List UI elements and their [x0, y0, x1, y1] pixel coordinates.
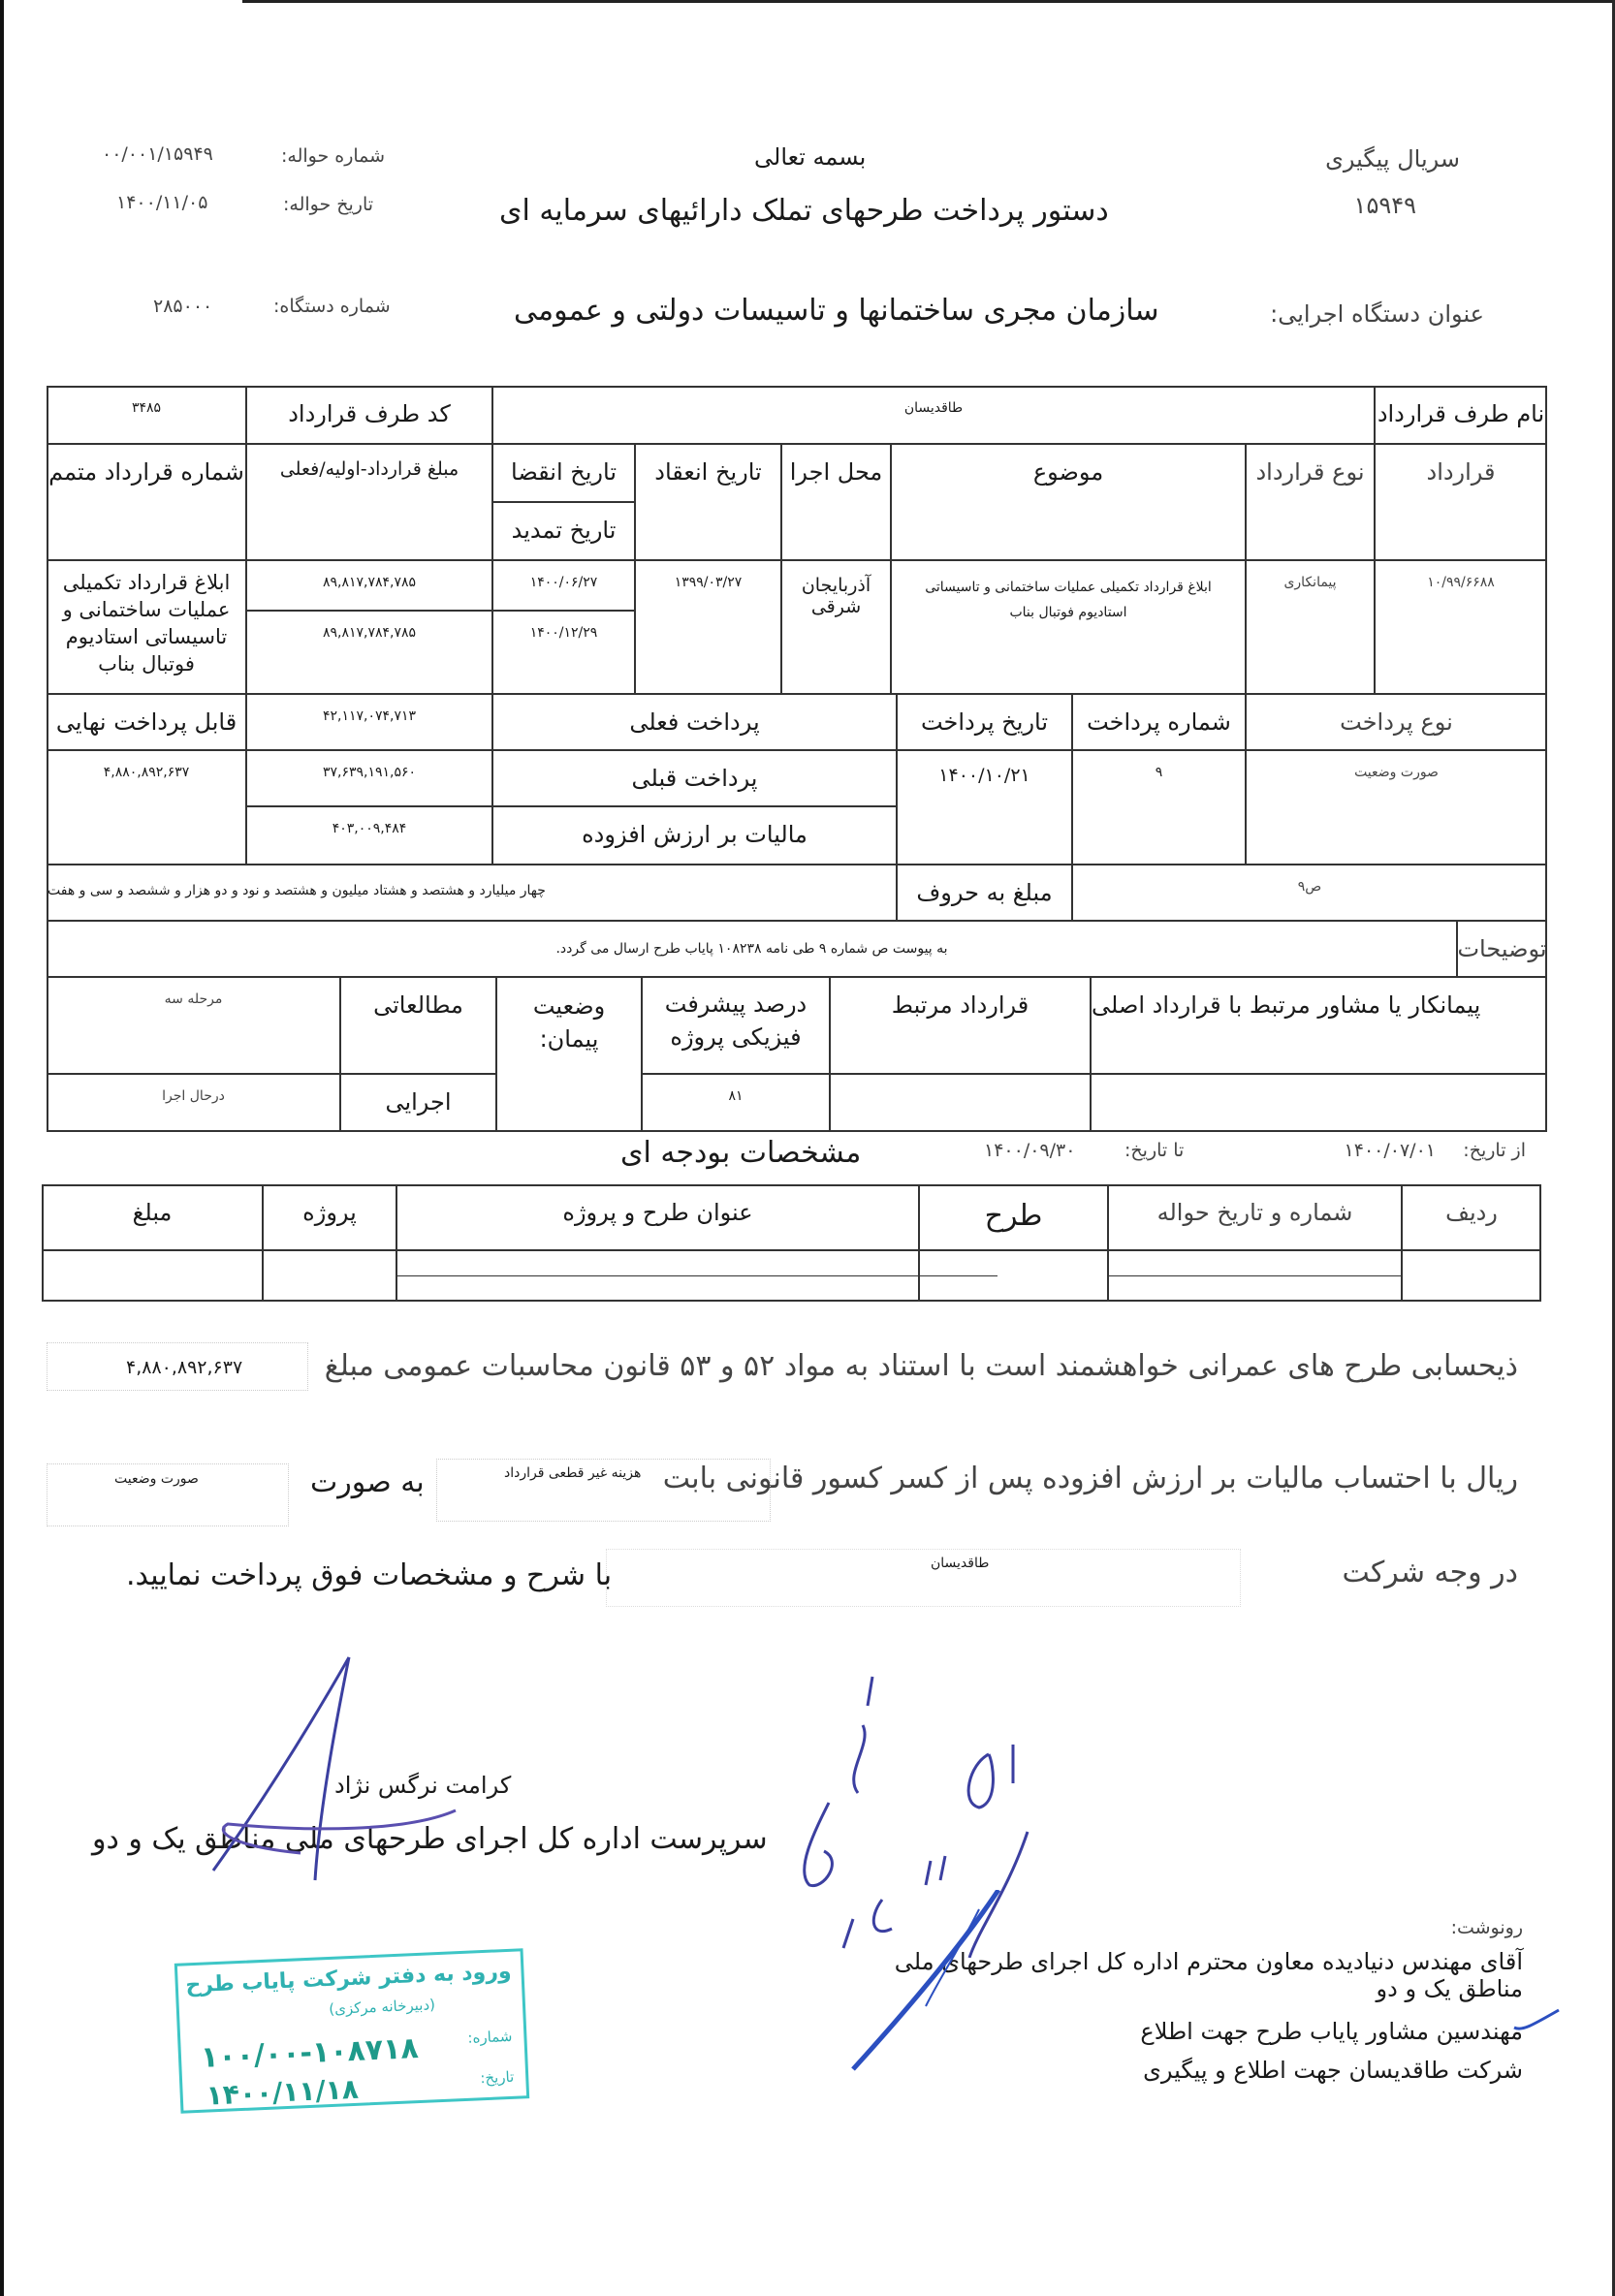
- related-contractor-value: [1091, 1074, 1547, 1132]
- contract-type-value: پیمانکاری: [1246, 560, 1375, 694]
- bismillah: بسمه تعالی: [754, 143, 866, 171]
- budget-subrow-divider: [396, 1275, 997, 1276]
- previous-payment-label: پرداخت قبلی: [492, 750, 897, 806]
- payment-number-label: شماره پرداخت: [1072, 694, 1246, 750]
- stamp-number-value: ۱۰۰/۰۰-۱۰۸۷۱۸: [200, 2031, 419, 2075]
- payment-type-field-value: صورت وضعیت: [114, 1471, 199, 1487]
- agency-title-label: عنوان دستگاه اجرایی:: [1270, 300, 1484, 328]
- vat-label: مالیات بر ارزش افزوده: [492, 806, 897, 865]
- budget-from-date-value: ۱۴۰۰/۰۷/۰۱: [1345, 1140, 1436, 1161]
- amount-words-value: چهار میلیارد و هشتصد و هشتاد میلیون و هش…: [47, 865, 897, 921]
- executive-value: درحال اجرا: [47, 1074, 340, 1132]
- payment-number-value: ۹: [1072, 750, 1246, 865]
- stamp-subheader: (دبیرخانه مرکزی): [329, 1996, 435, 2018]
- agency-number-label: شماره دستگاه:: [273, 296, 391, 317]
- body-line-3-prefix: در وجه شرکت: [1343, 1556, 1518, 1589]
- body-line-2: ریال با احتساب مالیات بر ارزش افزوده پس …: [663, 1462, 1518, 1495]
- notes-label: توضیحات: [1457, 921, 1547, 977]
- tracking-serial-value: ۱۵۹۴۹: [1354, 192, 1416, 219]
- remittance-date-value: ۱۴۰۰/۱۱/۰۵: [116, 192, 207, 213]
- col-header-location: محل اجرا: [781, 444, 891, 560]
- body-line-2-mid: به صورت: [310, 1465, 425, 1499]
- remittance-number-label: شماره حواله:: [281, 145, 385, 167]
- party-code-label: کد طرف قرارداد: [246, 386, 492, 444]
- payment-date-label: تاریخ پرداخت: [897, 694, 1072, 750]
- study-label: مطالعاتی: [340, 977, 496, 1074]
- stamp-header: ورود به دفتر شرکت پایاب طرح: [185, 1960, 512, 1998]
- scan-edge-left: [0, 0, 4, 2296]
- supplement-number-value: ابلاغ قرارداد تکمیلی عملیات ساختمانی و ت…: [47, 560, 246, 694]
- stamp-number-label: شماره:: [467, 2028, 513, 2047]
- company-field: [606, 1549, 1241, 1607]
- cc-label: رونوشت:: [1451, 1917, 1523, 1938]
- scan-edge-top: [242, 0, 1615, 3]
- amount-field: [47, 1342, 308, 1391]
- remittance-date-label: تاریخ حواله:: [283, 194, 373, 215]
- contract-status-label: وضعیت پیمان:: [496, 977, 642, 1132]
- study-value: مرحله سه: [47, 977, 340, 1074]
- budget-col-plan: طرح: [919, 1184, 1108, 1250]
- budget-subrow-divider: [1108, 1275, 1402, 1276]
- budget-col-row-number: ردیف: [1402, 1184, 1541, 1250]
- remittance-number-value: ۰۰/۰۰۱/۱۵۹۴۹: [102, 143, 213, 165]
- col-header-amount: مبلغ قرارداد-اولیه/فعلی: [246, 444, 492, 560]
- contract-location-value: آذربایجان شرقی: [781, 560, 891, 694]
- budget-col-remittance: شماره و تاریخ حواله: [1108, 1184, 1402, 1250]
- budget-section-title: مشخصات بودجه ای: [620, 1136, 861, 1170]
- related-contractor-label: پیمانکار یا مشاور مرتبط با قرارداد اصلی: [1091, 977, 1547, 1074]
- vat-value: ۴۰۳,۰۰۹,۴۸۴: [246, 806, 492, 865]
- stamp-date-value: ۱۴۰۰/۱۱/۱۸: [206, 2073, 359, 2112]
- budget-col-project: پروژه: [263, 1184, 396, 1250]
- progress-label: درصد پیشرفت فیزیکی پروژه: [642, 977, 830, 1074]
- amount-words-label: مبلغ به حروف: [897, 865, 1072, 921]
- final-payable-label: قابل پرداخت نهایی: [47, 694, 246, 750]
- contract-amount-current-value: ۸۹,۸۱۷,۷۸۴,۷۸۵: [246, 611, 492, 694]
- party-name-label: نام طرف قرارداد: [1375, 386, 1547, 444]
- budget-col-plan-project-title: عنوان طرح و پروژه: [396, 1184, 919, 1250]
- col-header-subject: موضوع: [891, 444, 1246, 560]
- payment-basis-value: هزینه غیر قطعی قرارداد: [504, 1465, 641, 1481]
- party-code-value: ۳۴۸۵: [47, 386, 246, 444]
- current-payment-value: ۴۲,۱۱۷,۰۷۴,۷۱۳: [246, 694, 492, 750]
- pen-stroke-icon: [843, 1890, 1008, 2084]
- related-contract-value: [830, 1074, 1091, 1132]
- cc-item: مهندسین مشاور پایاب طرح جهت اطلاع: [1140, 2018, 1523, 2045]
- current-payment-label: پرداخت فعلی: [492, 694, 897, 750]
- budget-to-date-value: ۱۴۰۰/۰۹/۳۰: [984, 1140, 1075, 1161]
- executive-label: اجرایی: [340, 1074, 496, 1132]
- progress-value: ۸۱: [642, 1074, 830, 1132]
- col-header-contract-type: نوع قرارداد: [1246, 444, 1375, 560]
- budget-cell: [1402, 1250, 1541, 1302]
- col-header-expiry-date: تاریخ انقضا: [492, 444, 635, 502]
- body-line-3-suffix: با شرح و مشخصات فوق پرداخت نمایید.: [126, 1558, 612, 1592]
- checkmark-icon: [1512, 2006, 1561, 2035]
- previous-payment-value: ۳۷,۶۳۹,۱۹۱,۵۶۰: [246, 750, 492, 806]
- contract-conclusion-date-value: ۱۳۹۹/۰۳/۲۷: [635, 560, 781, 694]
- budget-to-date-label: تا تاریخ:: [1124, 1140, 1184, 1161]
- budget-col-amount: مبلغ: [42, 1184, 263, 1250]
- final-payable-value: ۴,۸۸۰,۸۹۲,۶۳۷: [47, 750, 246, 865]
- agency-number-value: ۲۸۵۰۰۰: [153, 296, 212, 317]
- tracking-serial-label: سریال پیگیری: [1325, 145, 1460, 173]
- col-header-conclusion-date: تاریخ انعقاد: [635, 444, 781, 560]
- payment-date-value: ۱۴۰۰/۱۰/۲۱: [897, 750, 1072, 865]
- col-header-extension-date: تاریخ تمدید: [492, 502, 635, 560]
- party-name-value: طاقدیسان: [492, 386, 1375, 444]
- payment-type-value: صورت وضعیت: [1246, 750, 1547, 865]
- statement-reference: ص۹: [1072, 865, 1547, 921]
- stamp-date-label: تاریخ:: [480, 2068, 515, 2088]
- contract-extension-date-value: ۱۴۰۰/۱۲/۲۹: [492, 611, 635, 694]
- contract-expiry-date-value: ۱۴۰۰/۰۶/۲۷: [492, 560, 635, 611]
- contract-number-value: ۱۰/۹۹/۶۶۸۸: [1375, 560, 1547, 694]
- related-contract-label: قرارداد مرتبط: [830, 977, 1091, 1074]
- col-header-contract: قرارداد: [1375, 444, 1547, 560]
- budget-cell: [42, 1250, 263, 1302]
- document-title: دستور پرداخت طرحهای تملک دارائیهای سرمای…: [499, 194, 1109, 228]
- notes-value: به پیوست ص شماره ۹ طی نامه ۱۰۸۲۳۸ پایاب …: [47, 921, 1457, 977]
- body-line-1: ذیحسابی طرح های عمرانی خواهشمند است با ا…: [325, 1349, 1518, 1383]
- cc-item: شرکت طاقدیسان جهت اطلاع و پیگیری: [1143, 2057, 1523, 2084]
- contract-subject-value: ابلاغ قرارداد تکمیلی عملیات ساختمانی و ت…: [891, 560, 1246, 694]
- col-header-supplement-number: شماره قرارداد متمم: [47, 444, 246, 560]
- received-stamp: ورود به دفتر شرکت پایاب طرح (دبیرخانه مر…: [174, 1948, 529, 2114]
- agency-title-value: سازمان مجری ساختمانها و تاسیسات دولتی و …: [514, 294, 1159, 328]
- budget-from-date-label: از تاریخ:: [1463, 1140, 1526, 1161]
- company-field-value: طاقدیسان: [931, 1556, 989, 1571]
- handwritten-signature-icon: [194, 1648, 485, 1900]
- budget-cell: [263, 1250, 396, 1302]
- payment-type-label: نوع پرداخت: [1246, 694, 1547, 750]
- contract-amount-initial-value: ۸۹,۸۱۷,۷۸۴,۷۸۵: [246, 560, 492, 611]
